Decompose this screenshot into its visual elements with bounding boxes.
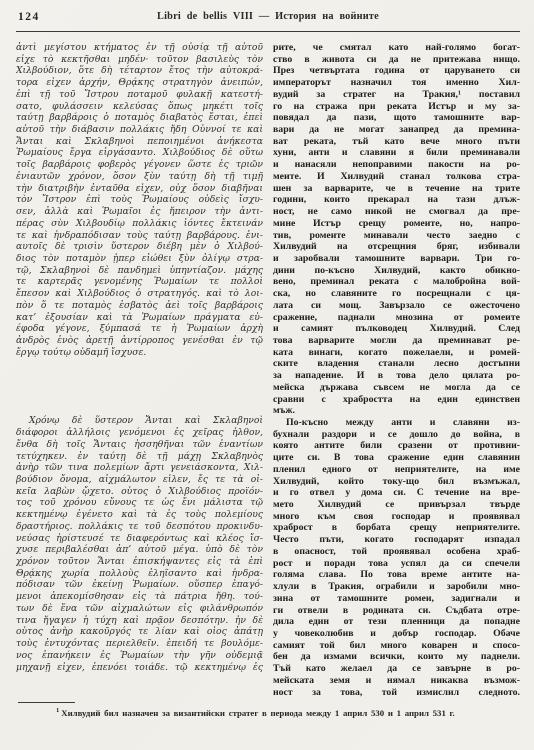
text-line: ἔργῳ τούτῳ οὐδαμῆ ἴσχυσε. (16, 347, 263, 359)
text-line: зина от тамошните ромеи, задигнали и (273, 593, 520, 605)
text-line: αυτοῖς δὲ τρισὶν ὕστερον διέβη μὲν ὁ Χιλ… (16, 241, 263, 253)
text-line: Ῥωμαίους ἔργα εἰργάσαντο. Χιλβούδιος δὲ … (16, 147, 263, 159)
text-line: лата си мощ. Завързало се ожесточено (273, 300, 520, 312)
text-line: τε καὶ ἠνδραπόδισαν τοὺς ταύτῃ βαρβάρους… (16, 230, 263, 242)
text-line: Θρᾴκης χωρία πολλοὺς ἐληΐσαντο καὶ ἠνδρα… (16, 568, 263, 580)
bulgarian-text-column: рите, че смятал като най-голямо богат-ст… (273, 42, 520, 698)
text-line: χυσε περιβαλέσθαι ἀπ’ αὐτοῦ μέγα. ὑπὸ δὲ… (16, 544, 263, 556)
text-line: τὴν διατριβὴν ἐνταῦθα εἶχεν, οὐχ ὅσον δι… (16, 183, 263, 195)
text-line: Хилвудий на отсрещния бряг, избивали (273, 241, 520, 253)
text-line: голяма слава. По това време антите на- (273, 569, 520, 581)
text-line: самият той бил много коварен и спосо- (273, 640, 520, 652)
paragraph: По-късно между анти и славяни из-бухнали… (273, 417, 520, 698)
text-line: των δὲ ἕνα τῶν αἰχμαλώτων εἰς φιλάνθρωπό… (16, 603, 263, 615)
text-line: много към своя господар и проявявал (273, 511, 520, 523)
text-line: τῷ, Σκλαβηνοὶ δὲ πανδημεὶ ὑπηντίαζον. μά… (16, 265, 263, 277)
text-line: го на стража при реката Истър и му за- (273, 101, 520, 113)
header-rule (16, 31, 520, 32)
text-line: εἶχε τὸ κεκτῆσθαι μηδέν· τοῦτον βασιλεὺς… (16, 54, 263, 66)
text-line: дини по-късно Хилвудий, както обикно- (273, 265, 520, 277)
text-line: вудий за стратег на Тракия,¹ поставил (273, 89, 520, 101)
text-line: и заробвали тамошните варвари. Три го- (273, 253, 520, 265)
text-line: и самият пълководец Хилвудий. След (273, 323, 520, 335)
text-line: Χρόνῳ δὲ ὕστερον Ἄνται καὶ Σκλαβηνοὶ (16, 415, 263, 427)
text-line: бухнали раздори и се дошло до война, в (273, 429, 520, 441)
text-line: ἀνὴρ τῶν τινα πολεμίων ἄρτι γενειάσκοντα… (16, 462, 263, 474)
text-line: τος τοῦ χρόνου εὔνους τε ὡς ἔνι μάλιστα … (16, 497, 263, 509)
text-line: τὸν Ἴστρον ἐπὶ τοὺς Ῥωμαίους οὐδεὶς ἴσχυ… (16, 194, 263, 206)
text-line: ват реката, тъй като вече много пъти (273, 136, 520, 148)
text-line: βούδιον ὄνομα, αἰχμάλωτον εἷλεν, ἔς τε τ… (16, 474, 263, 486)
text-line: διος τὸν ποταμὸν ᾗπερ εἰώθει ξὺν ὀλίγῳ σ… (16, 253, 263, 265)
text-line: шен за варварите, че в течение на трите (273, 183, 520, 195)
text-line: τε καρτερᾶς γενομένης Ῥωμαίων τε πολλοὶ (16, 276, 263, 288)
text-line: κατ’ ἐξουσίαν καὶ τὰ Ῥωμαίων πράγματα εὐ… (16, 312, 263, 324)
text-line: τετύχηκεν. ἐν ταύτῃ δὲ τῇ μάχῃ Σκλαβηνὸς (16, 451, 263, 463)
text-line: у човеколюбив и добър господар. Обаче (273, 628, 520, 640)
text-line: πέρας σὺν Χιλβουδίῳ πολλάκις ἰόντες ἔκτε… (16, 218, 263, 230)
text-line: Тъй като желаел да се завърне в ро- (273, 663, 520, 675)
text-line: мейската земя и нямал никаква възмож- (273, 675, 520, 687)
footnote-text: Хилвудий бил назначен за византийски стр… (61, 708, 455, 718)
paragraph: ἀντὶ μεγίστου κτήματος ἐν τῇ οὐσίᾳ τῇ αὑ… (16, 42, 263, 358)
book-page: 124 Libri de bellis VIII — История на во… (0, 0, 534, 750)
text-line: πὸν ὅ τε ποταμὸς ἐσβατὸς ἀεὶ τοῖς βαρβάρ… (16, 300, 263, 312)
footnote: 1Хилвудий бил назначен за византийски ст… (16, 705, 520, 719)
text-line: това варварите могли да преминават ре- (273, 335, 520, 347)
page-header: 124 Libri de bellis VIII — История на во… (16, 11, 520, 26)
text-line: мето Хилвудий се привързал твърде (273, 499, 520, 511)
text-line: ги отвели в родината си. Съдбата отре- (273, 605, 520, 617)
text-line: τοὺς ἐντυχόντας περιελθεῖν. ἐπειδή τε βο… (16, 638, 263, 650)
text-line: σεν, ἀλλὰ καὶ Ῥωμαῖοι ἐς ἤπειρον τὴν ἀντ… (16, 206, 263, 218)
text-line: ските владения станали лесно достъпни (273, 358, 520, 370)
text-line: μηχανῇ εἶχεν, ἐπενόει τοιάδε. τῷ κεκτημέ… (16, 662, 263, 674)
text-columns: ἀντὶ μεγίστου κτήματος ἐν τῇ οὐσίᾳ τῇ αὑ… (16, 42, 520, 698)
text-line: меите. И Хилвудий станал толкова стра- (273, 171, 520, 183)
text-line: ἐνιαυτῶν χρόνον, ὅσον ξὺν ταύτῃ δὴ τῇ τι… (16, 171, 263, 183)
text-line: мине Истър срещу ромеите, но, напро- (273, 218, 520, 230)
text-line: διάφοροι ἀλλήλοις γενόμενοι ἐς χεῖρας ἦλ… (16, 427, 263, 439)
text-line: сражение, паднали мнозина от ромеите (273, 312, 520, 324)
text-line: μενοι ἀπεκομίσθησαν εἰς τὰ πάτρια ἤθη. τ… (16, 591, 263, 603)
text-line: ἔνθα δὴ τοῖς Ἄνταις ἡσσηθῆναι τῶν ἐναντί… (16, 439, 263, 451)
text-line: ἀνδρὸς ἑνὸς ἀρετῇ ἀντίρροπος γενέσθαι ἐν… (16, 335, 263, 347)
text-line: δραστήριος. πολλάκις τε τοῦ δεσπότου προ… (16, 521, 263, 533)
text-line: мейска държава съвсем не могла да се (273, 382, 520, 394)
running-title: Libri de bellis VIII — История на войнит… (16, 11, 520, 22)
text-line: и го отвел у дома си. С течение на вре- (273, 487, 520, 499)
paragraph: Χρόνῳ δὲ ὕστερον Ἄνται καὶ Σκλαβηνοὶδιάφ… (16, 415, 263, 673)
text-line: рите, че смятал като най-голямо богат- (273, 42, 520, 54)
text-line: рост и поради това успял да си спечели (273, 558, 520, 570)
text-line: χρόνον τοῦτον Ἄνται ἐπισκήψαντες εἰς τὰ … (16, 556, 263, 568)
text-line: тив, ромеите минавали често заедно с (273, 230, 520, 242)
text-line: в опасност, той проявявал особена храб- (273, 546, 520, 558)
text-line: хуни, анти и славяни я били преминавали (273, 147, 520, 159)
text-line: вено, преминал реката с малобройна вой- (273, 276, 520, 288)
text-line: хлули в Тракия, ограбили и заробили мно- (273, 581, 520, 593)
text-line: ταύτῃ βαρβάροις ὁ ποταμὸς διαβατὸς ἔσται… (16, 112, 263, 124)
text-line: ност, не само никой не смогвал да пре- (273, 206, 520, 218)
text-line: години, които прекарал на тази длъж- (273, 194, 520, 206)
text-line: νος ἐπανήκειν ἐς Ῥωμαίων τὴν γῆν οὐδεμιᾷ (16, 650, 263, 662)
text-line: сравни с храбростта на един единствен (273, 394, 520, 406)
text-line: пленил едного от неприятелите, на име (273, 464, 520, 476)
text-line: Ἄνται καὶ Σκλαβηνοὶ πεποιημένοι ἀνήκεστα (16, 136, 263, 148)
text-line: за нападение. И в това дело цялата ро- (273, 370, 520, 382)
text-line: τοῖς βαρβάροις φοβερὸς γέγονεν ὥστε ἐς τ… (16, 159, 263, 171)
greek-text-column: ἀντὶ μεγίστου κτήματος ἐν τῇ οὐσίᾳ τῇ αὑ… (16, 42, 263, 698)
text-line: κεκτημένῳ ἐγένετο καὶ τὰ ἐς τοὺς πολεμίο… (16, 509, 263, 521)
text-line: τορα εἶχεν ἀρχήν, Θρᾴκης στρατηγὸν ἀνειπ… (16, 77, 263, 89)
text-line: Χιλβούδιον, ὅτε δὴ τέταρτον ἔτος τὴν αὐτ… (16, 65, 263, 77)
text-line: πόδισαν τῶν ἐκείνῃ Ῥωμαίων. οὕσπερ ἐπαγό… (16, 579, 263, 591)
text-line: σατο, φυλάσσειν κελεύσας ὅπως μηκέτι τοῖ… (16, 101, 263, 113)
text-line: Хилвудий, който току-що бил възмъжал, (273, 476, 520, 488)
text-line: бен да измами всички, които му паднели. (273, 651, 520, 663)
text-line: έφοδα γέγονε, ξύμπασά τε ἡ Ῥωμαίων ἀρχὴ (16, 323, 263, 335)
text-line: ἀντὶ μεγίστου κτήματος ἐν τῇ οὐσίᾳ τῇ αὑ… (16, 42, 263, 54)
text-line: През четвъртата година от царуването си (273, 65, 520, 77)
text-line: αὐτοῦ τὴν διάβασιν πολλάκις ἤδη Οὖννοί τ… (16, 124, 263, 136)
text-line: κεῖα λαβὼν ᾤχετο. οὗτος ὁ Χιλβούδιος προ… (16, 486, 263, 498)
text-line: ска, но славяните го посрещнали с ця- (273, 288, 520, 300)
text-line: ство в живота си да не притежава нищо. (273, 54, 520, 66)
text-line: τινα ἤγαγεν ἡ τύχη καὶ πρᾷον δεσπότην. ἦ… (16, 615, 263, 627)
footnote-separator (18, 702, 75, 703)
text-line: вари да не могат занапред да премина- (273, 124, 520, 136)
text-line: императорът назначил тоя именно Хил- (273, 77, 520, 89)
paragraph: рите, че смятал като най-голямо богат-ст… (273, 42, 520, 417)
text-line: повядал да пази, щото тамошните вар- (273, 112, 520, 124)
text-line: По-късно между анти и славяни из- (273, 417, 520, 429)
footnote-marker: 1 (56, 707, 59, 714)
text-line: мъж. (273, 405, 520, 417)
text-line: храброст в борбата срещу неприятелите. (273, 522, 520, 534)
text-line: ἐπὶ τῇ τοῦ Ἴστρου ποταμοῦ φυλακῇ κατεστή… (16, 89, 263, 101)
text-line: οὗτος ἀνὴρ κακοῦργός τε λίαν καὶ οἷος ἀπ… (16, 626, 263, 638)
text-line: ἔπεσον καὶ Χιλβούδιος ὁ στρατηγός. καὶ τ… (16, 288, 263, 300)
text-line: ците си. В това сражение един славянин (273, 452, 520, 464)
text-line: νεύσας ἠρίστευσέ τε διαφερόντως καὶ κλέο… (16, 533, 263, 545)
page-number: 124 (18, 11, 40, 23)
text-line: дила един от тези пленници да попадне (273, 616, 520, 628)
text-line: ност за това, той измислил следното. (273, 687, 520, 699)
text-line: която антите били сразени от противни- (273, 440, 520, 452)
text-line: и нанасяли непоправими пакости на ро- (273, 159, 520, 171)
text-line: Често пъти, когато господарят изпадал (273, 534, 520, 546)
text-line: ката винаги, когато пожелаели, и ромей- (273, 347, 520, 359)
